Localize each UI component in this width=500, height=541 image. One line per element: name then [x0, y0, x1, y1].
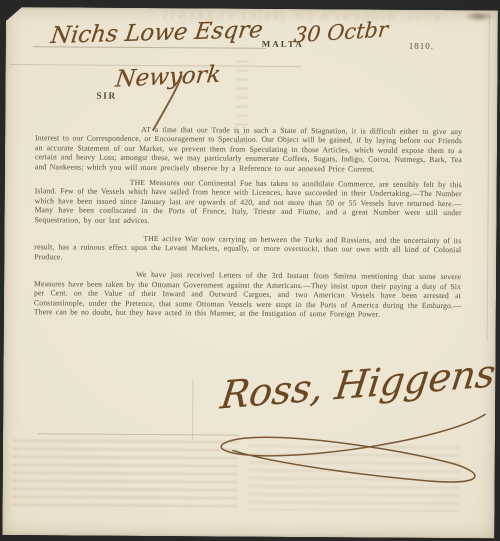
letter-body: AT a time that our Trade is in such a St…	[34, 124, 462, 325]
date-handwritten: 30 Octbr	[293, 17, 389, 47]
fold-line	[487, 10, 490, 340]
paragraph-3: THE active War now carrying on between t…	[34, 233, 461, 264]
crease-line	[37, 433, 239, 435]
paragraph-1: AT a time that our Trade is in such a St…	[35, 124, 462, 174]
letter-paper: ROSS, HIGGENS & CO. (PRICE CURRENT) Nich…	[2, 7, 498, 538]
paragraph-2: THE Measures our Continental Foe has tak…	[34, 177, 461, 227]
salutation-label: SIR	[96, 92, 116, 102]
year-label: 1810.	[409, 41, 434, 51]
show-through-text-block-right	[248, 445, 460, 512]
show-through-rule	[192, 379, 193, 439]
addressee-handwritten: Nichs Lowe Esqre	[49, 17, 264, 49]
show-through-text-block-left	[12, 439, 238, 513]
paragraph-4: We have just received Letters of the 3rd…	[34, 269, 461, 319]
